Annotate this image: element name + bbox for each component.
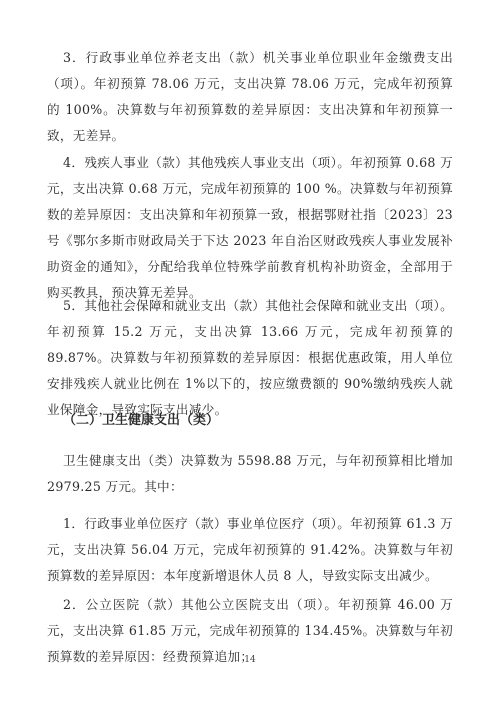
- paragraph-pension-annuity: 3．行政事业单位养老支出（款）机关事业单位职业年金缴费支出（项）。年初预算 78…: [47, 45, 453, 149]
- section-heading-health: （二）卫生健康支出（类）: [63, 408, 219, 434]
- paragraph-health-summary: 卫生健康支出（类）决算数为 5598.88 万元，与年初预算相比增加 2979.…: [47, 448, 453, 500]
- document-page: 3．行政事业单位养老支出（款）机关事业单位职业年金缴费支出（项）。年初预算 78…: [0, 0, 500, 707]
- paragraph-institution-medical: 1．行政事业单位医疗（款）事业单位医疗（项）。年初预算 61.3 万元，支出决算…: [47, 511, 453, 589]
- page-number: 14: [0, 655, 500, 665]
- paragraph-disabled-affairs: 4．残疾人事业（款）其他残疾人事业支出（项）。年初预算 0.68 万元，支出决算…: [47, 150, 453, 306]
- paragraph-other-social-security: 5．其他社会保障和就业支出（款）其他社会保障和就业支出（项）。年初预算 15.2…: [47, 293, 453, 423]
